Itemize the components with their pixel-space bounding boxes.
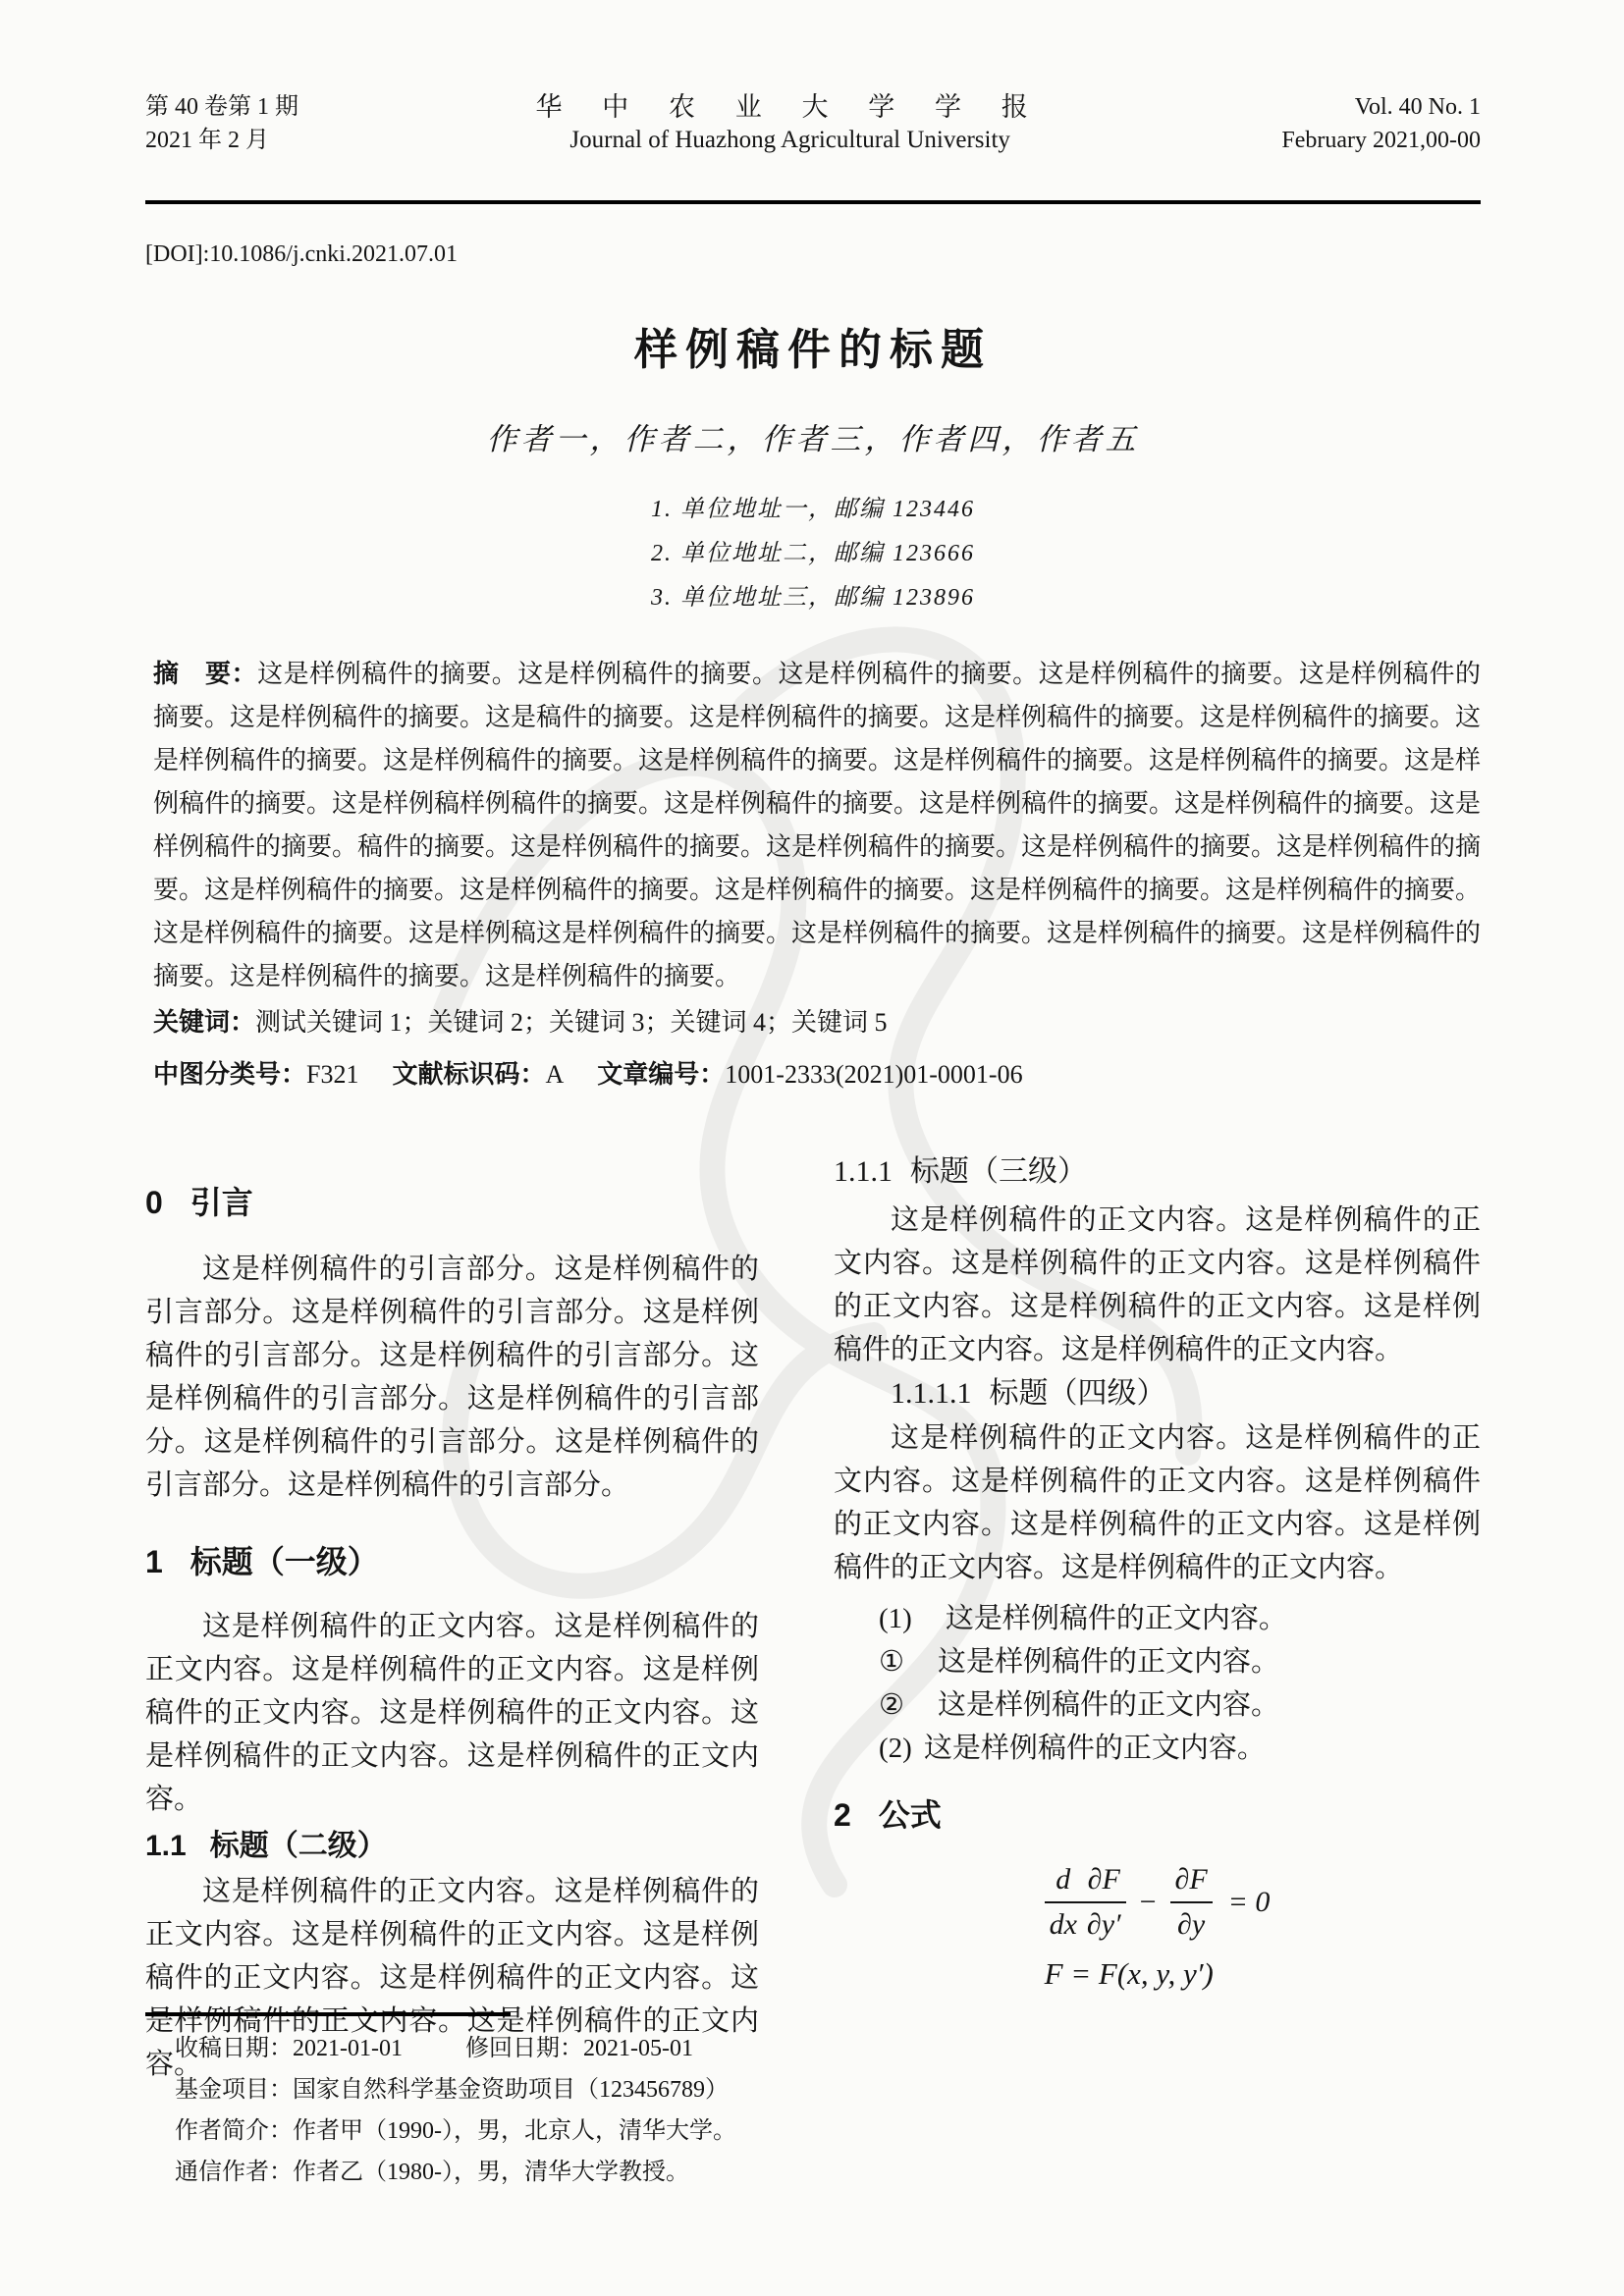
clc-value: F321 bbox=[306, 1060, 358, 1089]
heading-1: 1标题（一级） bbox=[145, 1540, 759, 1583]
page-content: 第 40 卷第 1 期 2021 年 2 月 华 中 农 业 大 学 学 报 J… bbox=[0, 0, 1624, 2086]
list-item: ①这是样例稿件的正文内容。 bbox=[879, 1640, 1481, 1683]
column-left: 0引言 这是样例稿件的引言部分。这是样例稿件的引言部分。这是样例稿件的引言部分。… bbox=[145, 1151, 759, 2086]
fraction-dF-dy: ∂F∂y bbox=[1170, 1862, 1213, 1943]
list-item: (1)这是样例稿件的正文内容。 bbox=[879, 1597, 1481, 1640]
footnote-rule bbox=[145, 2012, 511, 2016]
list-item-text: 这是样例稿件的正文内容。 bbox=[946, 1603, 1287, 1634]
keywords-line: 关键词：测试关键词 1；关键词 2；关键词 3；关键词 4；关键词 5 bbox=[145, 1000, 1481, 1044]
euler-lagrange-formula: ddx∂F∂y′−∂F∂y= 0 bbox=[1045, 1862, 1271, 1943]
authors-line: 作者一，作者二，作者三，作者四，作者五 bbox=[145, 419, 1481, 460]
fraction-numerator: ∂F bbox=[1082, 1862, 1126, 1903]
heading-2-title: 公式 bbox=[879, 1797, 942, 1833]
clc-label: 中图分类号： bbox=[153, 1059, 306, 1089]
numbered-list: (1)这是样例稿件的正文内容。 ①这是样例稿件的正文内容。 ②这是样例稿件的正文… bbox=[834, 1597, 1481, 1770]
doc-code-label: 文献标识码： bbox=[392, 1059, 545, 1089]
keywords-label: 关键词： bbox=[153, 1007, 255, 1037]
column-right: 1.1.1标题（三级） 这是样例稿件的正文内容。这是样例稿件的正文内容。这是样例… bbox=[834, 1151, 1481, 2086]
fraction-d-dx: ddx bbox=[1045, 1862, 1082, 1943]
footnote-fund: 基金项目：国家自然科学基金资助项目（123456789） bbox=[145, 2069, 833, 2110]
intro-paragraph: 这是样例稿件的引言部分。这是样例稿件的引言部分。这是样例稿件的引言部分。这是样例… bbox=[145, 1248, 759, 1507]
header-issue-cn-line2: 2021 年 2 月 bbox=[145, 124, 298, 157]
list-item-text: 这是样例稿件的正文内容。 bbox=[938, 1646, 1279, 1678]
footnote-corresponding-author: 通信作者：作者乙（1980-），男，清华大学教授。 bbox=[145, 2152, 833, 2193]
heading-1-1: 1.1标题（二级） bbox=[145, 1827, 759, 1866]
header-issue-cn: 第 40 卷第 1 期 2021 年 2 月 bbox=[145, 90, 298, 157]
abstract-block: 摘 要：这是样例稿件的摘要。这是样例稿件的摘要。这是样例稿件的摘要。这是样例稿件… bbox=[145, 652, 1481, 998]
header-issue-en-line1: Vol. 40 No. 1 bbox=[1281, 90, 1481, 124]
heading-1-title: 标题（一级） bbox=[190, 1544, 379, 1579]
heading-1-num: 1 bbox=[145, 1544, 163, 1579]
footnote-block: 收稿日期：2021-01-01修回日期：2021-05-01 基金项目：国家自然… bbox=[145, 2012, 833, 2193]
affiliation-3: 3. 单位地址三，邮编 123896 bbox=[145, 576, 1481, 620]
list-item: (2)这是样例稿件的正文内容。 bbox=[879, 1727, 1481, 1770]
fraction-denominator: ∂y′ bbox=[1082, 1903, 1126, 1943]
heading-1-1-1-1-num: 1.1.1.1 bbox=[891, 1377, 972, 1410]
formula-rhs: = 0 bbox=[1228, 1885, 1271, 1920]
heading-intro-num: 0 bbox=[145, 1185, 163, 1220]
header-issue-en-line2: February 2021,00-00 bbox=[1281, 124, 1481, 157]
heading-1-1-1-1: 1.1.1.1标题（四级） bbox=[834, 1373, 1481, 1415]
heading-intro-title: 引言 bbox=[190, 1185, 253, 1220]
revised-label: 修回日期： bbox=[465, 2036, 583, 2061]
heading-1-1-1: 1.1.1标题（三级） bbox=[834, 1151, 1481, 1193]
heading-2: 2公式 bbox=[834, 1793, 1481, 1837]
header-journal-name: 华 中 农 业 大 学 学 报 Journal of Huazhong Agri… bbox=[536, 90, 1045, 157]
section-1-1-1-1-paragraph: 这是样例稿件的正文内容。这是样例稿件的正文内容。这是样例稿件的正文内容。这是样例… bbox=[834, 1416, 1481, 1589]
formula-group: ddx∂F∂y′−∂F∂y= 0 F = F(x, y, y′) bbox=[1045, 1862, 1271, 1992]
journal-header: 第 40 卷第 1 期 2021 年 2 月 华 中 农 业 大 学 学 报 J… bbox=[145, 90, 1481, 157]
journal-name-cn: 华 中 农 业 大 学 学 报 bbox=[536, 90, 1045, 124]
list-item-text: 这是样例稿件的正文内容。 bbox=[938, 1689, 1279, 1721]
header-issue-en: Vol. 40 No. 1 February 2021,00-00 bbox=[1281, 90, 1481, 157]
article-id-label: 文章编号： bbox=[597, 1059, 725, 1089]
heading-1-1-1-title: 标题（三级） bbox=[910, 1155, 1087, 1188]
heading-1-1-1-num: 1.1.1 bbox=[834, 1155, 893, 1188]
header-rule bbox=[145, 200, 1481, 204]
affiliation-1: 1. 单位地址一，邮编 123446 bbox=[145, 488, 1481, 532]
heading-1-1-num: 1.1 bbox=[145, 1830, 187, 1862]
section-1-1-1-paragraph: 这是样例稿件的正文内容。这是样例稿件的正文内容。这是样例稿件的正文内容。这是样例… bbox=[834, 1199, 1481, 1371]
fraction-numerator: ∂F bbox=[1170, 1862, 1213, 1903]
fraction-denominator: dx bbox=[1045, 1903, 1082, 1943]
list-item-text: 这是样例稿件的正文内容。 bbox=[924, 1733, 1266, 1764]
affiliations: 1. 单位地址一，邮编 123446 2. 单位地址二，邮编 123666 3.… bbox=[145, 488, 1481, 620]
classification-line: 中图分类号：F321文献标识码：A文章编号：1001-2333(2021)01-… bbox=[145, 1052, 1481, 1096]
affiliation-2: 2. 单位地址二，邮编 123666 bbox=[145, 532, 1481, 576]
doi-line: [DOI]:10.1086/j.cnki.2021.07.01 bbox=[145, 241, 1481, 268]
footnote-author-bio: 作者简介：作者甲（1990-），男，北京人，清华大学。 bbox=[145, 2110, 833, 2152]
journal-page: 第 40 卷第 1 期 2021 年 2 月 华 中 农 业 大 学 学 报 J… bbox=[0, 0, 1624, 2296]
abstract-text: 这是样例稿件的摘要。这是样例稿件的摘要。这是样例稿件的摘要。这是样例稿件的摘要。… bbox=[153, 660, 1481, 990]
formula-area: ddx∂F∂y′−∂F∂y= 0 F = F(x, y, y′) bbox=[834, 1862, 1481, 1992]
list-item-marker: (2) bbox=[879, 1727, 912, 1770]
body-columns: 0引言 这是样例稿件的引言部分。这是样例稿件的引言部分。这是样例稿件的引言部分。… bbox=[145, 1151, 1481, 2086]
list-item-marker: ① bbox=[879, 1640, 904, 1683]
doc-code-value: A bbox=[546, 1060, 565, 1089]
journal-name-en: Journal of Huazhong Agricultural Univers… bbox=[536, 124, 1045, 157]
article-id-value: 1001-2333(2021)01-0001-06 bbox=[725, 1060, 1022, 1089]
fraction-dF-dyprime: ∂F∂y′ bbox=[1082, 1862, 1126, 1943]
header-issue-cn-line1: 第 40 卷第 1 期 bbox=[145, 90, 298, 124]
abstract-label: 摘 要： bbox=[153, 659, 257, 688]
fraction-denominator: ∂y bbox=[1170, 1903, 1213, 1943]
function-definition-formula: F = F(x, y, y′) bbox=[1045, 1956, 1271, 1992]
article-title: 样例稿件的标题 bbox=[145, 323, 1481, 378]
heading-2-num: 2 bbox=[834, 1797, 851, 1833]
heading-intro: 0引言 bbox=[145, 1181, 759, 1224]
heading-1-1-title: 标题（二级） bbox=[210, 1830, 387, 1862]
list-item: ②这是样例稿件的正文内容。 bbox=[879, 1683, 1481, 1727]
section-1-paragraph: 这是样例稿件的正文内容。这是样例稿件的正文内容。这是样例稿件的正文内容。这是样例… bbox=[145, 1605, 759, 1821]
list-item-marker: ② bbox=[879, 1683, 904, 1727]
received-label: 收稿日期： bbox=[175, 2036, 293, 2061]
keywords-text: 测试关键词 1；关键词 2；关键词 3；关键词 4；关键词 5 bbox=[255, 1008, 888, 1037]
list-item-marker: (1) bbox=[879, 1597, 912, 1640]
minus-operator: − bbox=[1140, 1885, 1157, 1920]
footnote-dates: 收稿日期：2021-01-01修回日期：2021-05-01 bbox=[145, 2028, 833, 2069]
revised-value: 2021-05-01 bbox=[583, 2036, 693, 2061]
fraction-numerator: d bbox=[1045, 1862, 1082, 1903]
received-value: 2021-01-01 bbox=[293, 2036, 403, 2061]
heading-1-1-1-1-title: 标题（四级） bbox=[990, 1377, 1166, 1410]
